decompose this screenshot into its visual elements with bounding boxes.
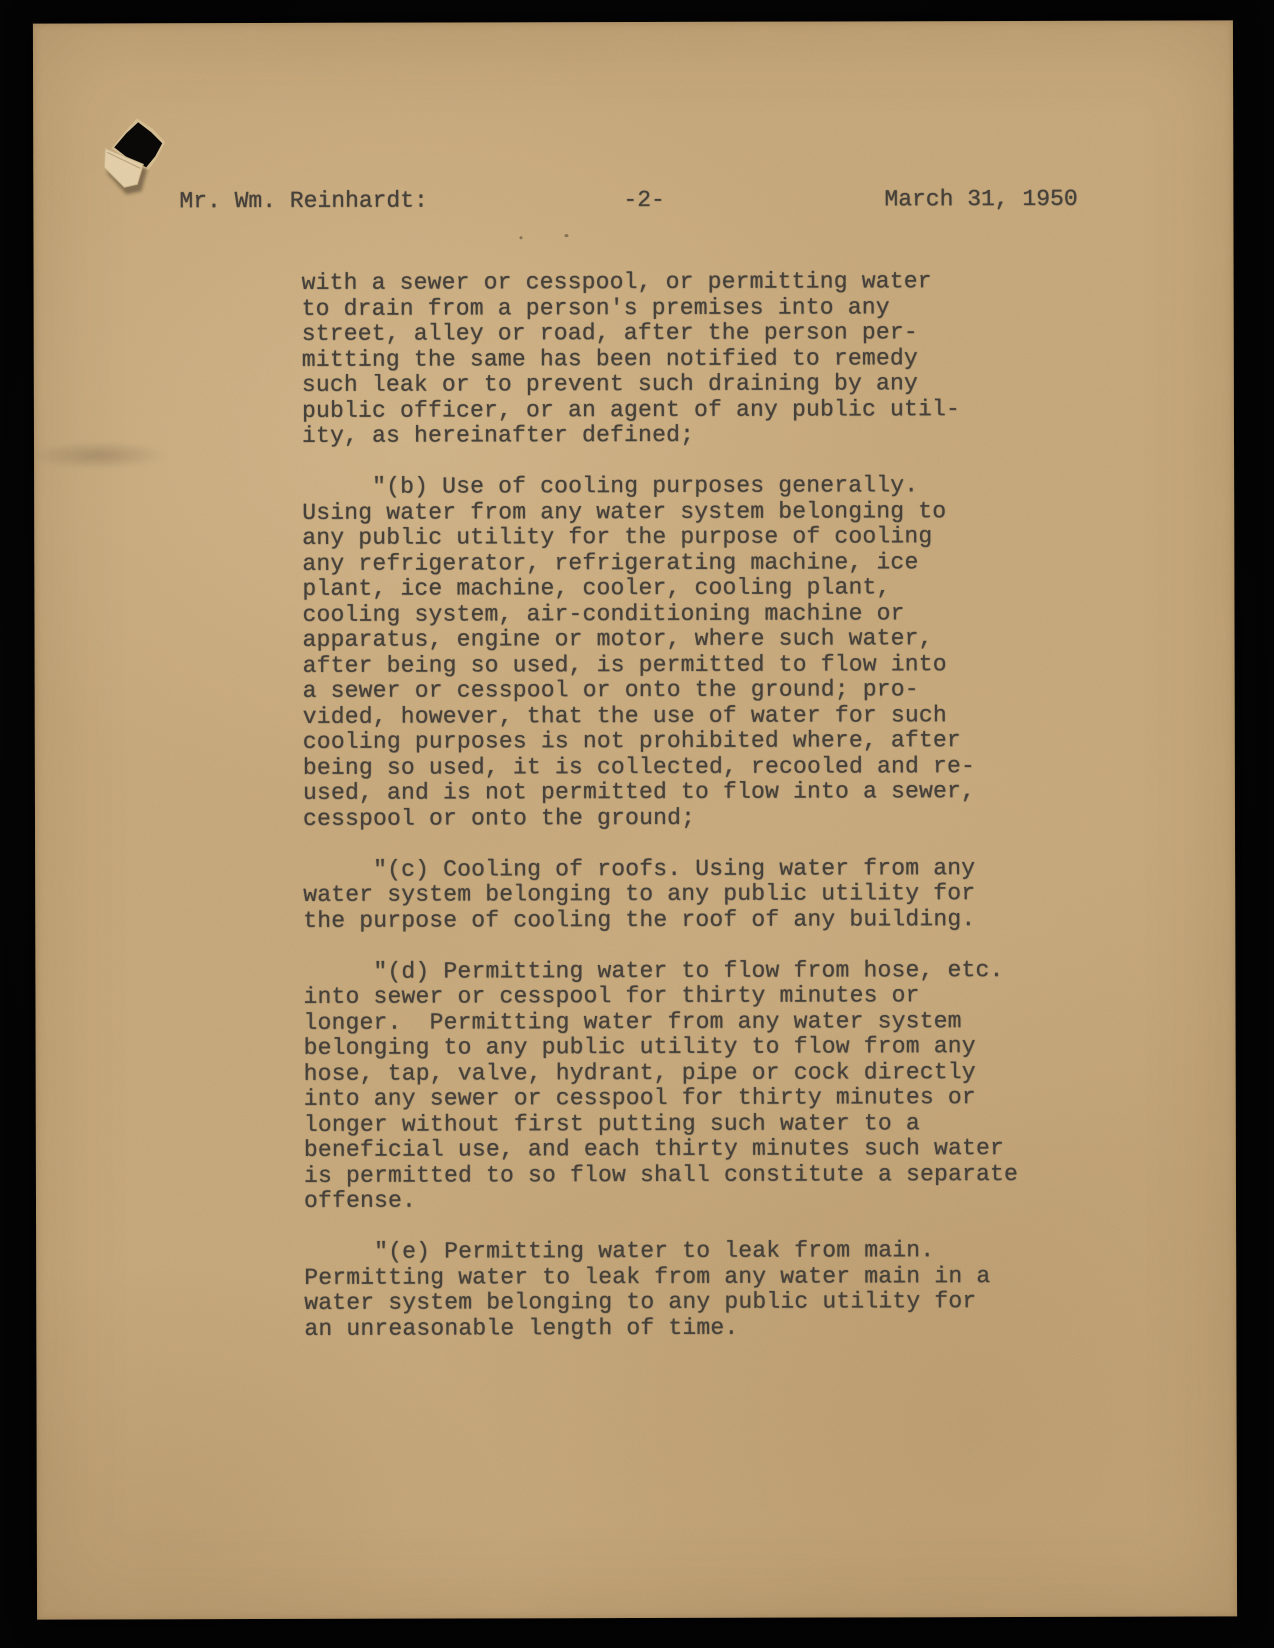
photo-background: Mr. Wm. Reinhardt: -2- March 31, 1950 wi… bbox=[0, 0, 1274, 1648]
letter-body: with a sewer or cesspool, or permitting … bbox=[302, 269, 1045, 1342]
ink-speck bbox=[564, 234, 568, 237]
paragraph-c: "(c) Cooling of roofs. Using water from … bbox=[303, 855, 1043, 933]
recipient-name: Mr. Wm. Reinhardt: bbox=[179, 188, 428, 215]
paragraph-intro: with a sewer or cesspool, or permitting … bbox=[302, 269, 1042, 449]
page-header: Mr. Wm. Reinhardt: -2- March 31, 1950 bbox=[33, 185, 1233, 216]
ink-speck bbox=[519, 236, 522, 239]
page-number: -2- bbox=[623, 187, 664, 213]
margin-smudge bbox=[34, 441, 166, 469]
paragraph-b: "(b) Use of cooling purposes generally. … bbox=[302, 473, 1043, 832]
paragraph-d: "(d) Permitting water to flow from hose,… bbox=[303, 957, 1044, 1214]
date: March 31, 1950 bbox=[884, 186, 1077, 213]
document-page: Mr. Wm. Reinhardt: -2- March 31, 1950 wi… bbox=[33, 20, 1237, 1619]
paragraph-e: "(e) Permitting water to leak from main.… bbox=[304, 1238, 1044, 1342]
